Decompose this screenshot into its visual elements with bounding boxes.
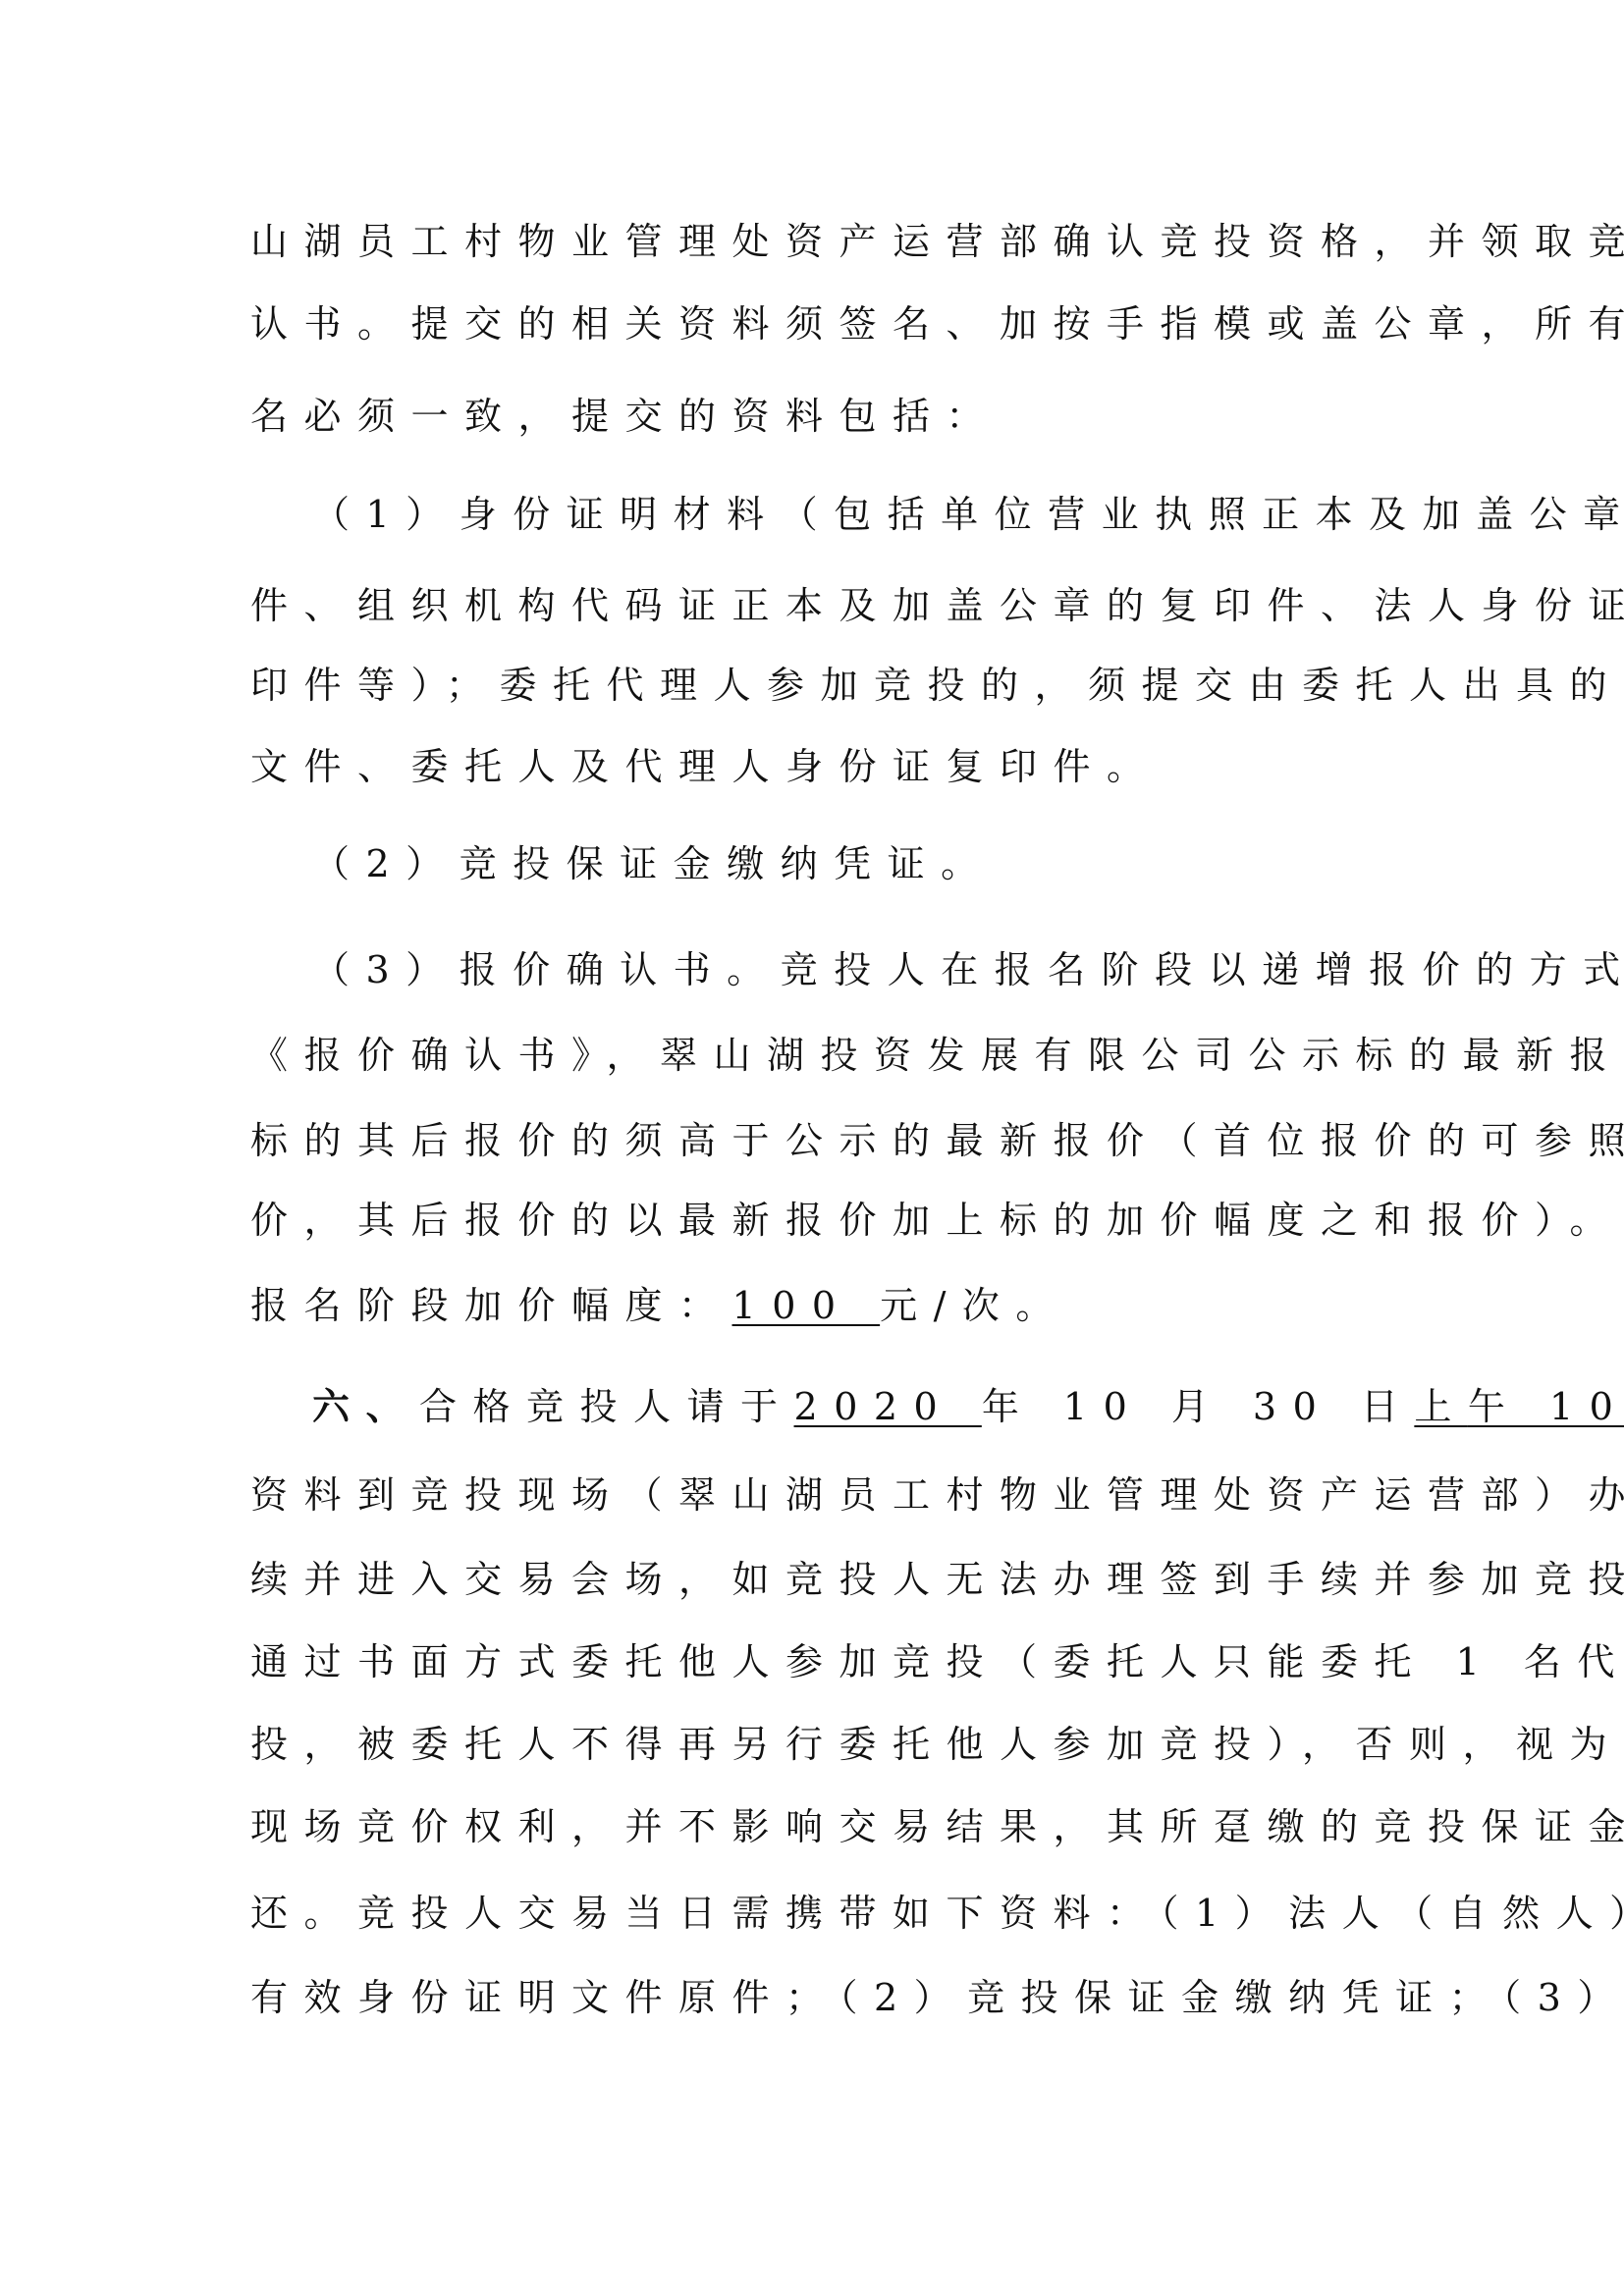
text-fragment: 元/次。 bbox=[880, 1284, 1069, 1327]
text-line: 认书。提交的相关资料须签名、加按手指模或盖公章，所有文件的签 bbox=[250, 300, 1624, 347]
text-line: 名必须一致，提交的资料包括： bbox=[250, 393, 1000, 440]
text-line: 六、合格竞投人请于2020 年 10 月 30 日上午 10:00 前，携带相关 bbox=[312, 1383, 1624, 1430]
text-line: 资料到竞投现场（翠山湖员工村物业管理处资产运营部）办理签到手 bbox=[250, 1471, 1624, 1519]
text-line: 有效身份证明文件原件；（2）竞投保证金缴纳凭证；（3）竞投资格 bbox=[250, 1974, 1624, 2021]
text-line: 还。竞投人交易当日需携带如下资料：（1）法人（自然人）或委托人 bbox=[250, 1890, 1624, 1937]
text-fragment: 合格竞投人请于 bbox=[419, 1385, 794, 1428]
increment-amount: 100 bbox=[732, 1284, 881, 1327]
text-line: 件、组织机构代码证正本及加盖公章的复印件、法人身份证原件及复 bbox=[250, 582, 1624, 629]
text-line: 文件、委托人及代理人身份证复印件。 bbox=[250, 743, 1161, 790]
text-fragment: 上 bbox=[1414, 1385, 1468, 1428]
text-line: 山湖员工村物业管理处资产运营部确认竞投资格，并领取竞投资格确 bbox=[250, 218, 1624, 265]
section-heading: 六、 bbox=[312, 1384, 419, 1428]
text-line: 续并进入交易会场，如竞投人无法办理签到手续并参加竞投的，必须 bbox=[250, 1556, 1624, 1603]
text-line: 《报价确认书》，翠山湖投资发展有限公司公示标的最新报价，对该 bbox=[250, 1032, 1624, 1079]
text-line: 价，其后报价的以最新报价加上标的加价幅度之和报价）。本次竞投 bbox=[250, 1197, 1624, 1244]
text-line: 通过书面方式委托他人参加竞投（委托人只能委托 1 名代理人参加竞 bbox=[250, 1638, 1624, 1685]
deadline-time: 午 10:00 bbox=[1468, 1385, 1624, 1428]
text-line: 现场竞价权利，并不影响交易结果，其所趸缴的竞投保证金不予退 bbox=[250, 1803, 1624, 1850]
text-fragment: 报名阶段加价幅度： bbox=[250, 1284, 732, 1327]
text-line: （1）身份证明材料（包括单位营业执照正本及加盖公章的复印 bbox=[312, 491, 1624, 538]
text-line: 印件等）；委托代理人参加竞投的，须提交由委托人出具的合法委托 bbox=[250, 662, 1624, 709]
text-line: （3）报价确认书。竞投人在报名阶段以递增报价的方式依次签订 bbox=[312, 946, 1624, 993]
text-line: 标的其后报价的须高于公示的最新报价（首位报价的可参照底价报 bbox=[250, 1117, 1624, 1164]
text-line: （2）竞投保证金缴纳凭证。 bbox=[312, 840, 995, 887]
text-fragment: 年 10 月 30 日 bbox=[982, 1385, 1415, 1428]
text-line: 报名阶段加价幅度：100 元/次。 bbox=[250, 1282, 1069, 1329]
text-line: 投，被委托人不得再另行委托他人参加竞投），否则，视为自动放弃 bbox=[250, 1721, 1624, 1768]
deadline-year: 2020 bbox=[794, 1385, 982, 1428]
